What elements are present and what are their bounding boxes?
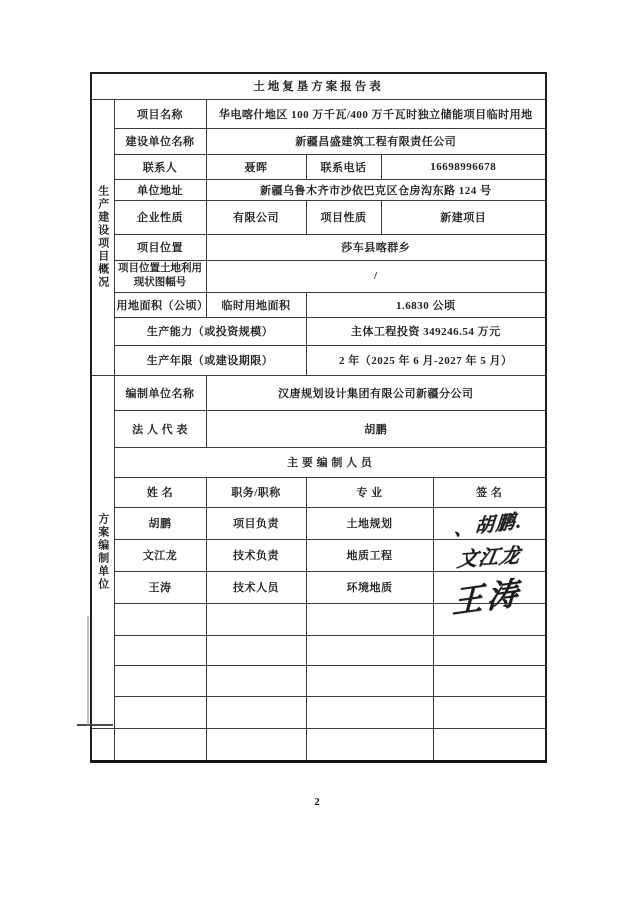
form-title: 土地复垦方案报告表 <box>91 73 546 99</box>
legal-rep-value: 胡鹏 <box>206 410 546 447</box>
staff-major: 地质工程 <box>306 539 433 571</box>
staff-name: 文江龙 <box>114 539 206 571</box>
enterprise-nature-label: 企业性质 <box>114 200 206 234</box>
empty-cell <box>206 728 306 761</box>
signature-cell: 文江龙 <box>433 539 546 571</box>
staff-col-name: 姓 名 <box>114 477 206 507</box>
staff-name: 胡鹏 <box>114 507 206 539</box>
address-value: 新疆乌鲁木齐市沙依巴克区仓房沟东路 124 号 <box>206 179 546 200</box>
compiler-label: 编制单位名称 <box>114 375 206 410</box>
map-sheet-label: 项目位置土地利用 现状图幅号 <box>114 260 206 292</box>
location-label: 项目位置 <box>114 234 206 260</box>
project-name-label: 项目名称 <box>114 99 206 128</box>
empty-cell <box>206 603 306 635</box>
empty-cell <box>433 696 546 728</box>
empty-cell <box>91 728 114 761</box>
map-sheet-value: / <box>206 260 546 292</box>
land-area-sublabel: 临时用地面积 <box>206 292 306 317</box>
land-reclamation-report-table: 土地复垦方案报告表 生产建设项目概况 项目名称 华电喀什地区 100 万千瓦/4… <box>90 72 547 763</box>
project-nature-label: 项目性质 <box>306 200 381 234</box>
empty-cell <box>433 728 546 761</box>
empty-cell <box>114 635 206 665</box>
empty-cell <box>206 635 306 665</box>
empty-cell <box>306 665 433 696</box>
map-sheet-label-line2: 现状图幅号 <box>117 276 204 290</box>
table-row: 文江龙 技术负责 地质工程 文江龙 <box>91 539 546 571</box>
signature-cell: 王涛 <box>433 571 546 603</box>
location-value: 莎车县喀群乡 <box>206 234 546 260</box>
empty-cell <box>206 665 306 696</box>
empty-cell <box>433 635 546 665</box>
table-row <box>91 696 546 728</box>
staff-title: 项目负责 <box>206 507 306 539</box>
contact-value: 聂晖 <box>206 154 306 179</box>
empty-cell <box>114 696 206 728</box>
table-row: 王涛 技术人员 环境地质 王涛 <box>91 571 546 603</box>
section-label-plan-compiler: 方案编制单位 <box>91 375 114 728</box>
contact-label: 联系人 <box>114 154 206 179</box>
empty-cell <box>306 635 433 665</box>
address-label: 单位地址 <box>114 179 206 200</box>
empty-cell <box>114 728 206 761</box>
builder-value: 新疆昌盛建筑工程有限责任公司 <box>206 128 546 154</box>
scanned-document-page: 土地复垦方案报告表 生产建设项目概况 项目名称 华电喀什地区 100 万千瓦/4… <box>0 0 634 898</box>
land-area-label: 用地面积（公顷） <box>114 292 206 317</box>
staff-name: 王涛 <box>114 571 206 603</box>
phone-label: 联系电话 <box>306 154 381 179</box>
land-area-value: 1.6830 公顷 <box>306 292 546 317</box>
capacity-label: 生产能力（或投资规模） <box>114 317 306 345</box>
handwritten-signature: 王涛 <box>451 566 522 621</box>
table-row <box>91 665 546 696</box>
duration-value: 2 年（2025 年 6 月-2027 年 5 月） <box>306 345 546 375</box>
project-nature-value: 新建项目 <box>381 200 546 234</box>
empty-cell <box>306 728 433 761</box>
project-name-value: 华电喀什地区 100 万千瓦/400 万千瓦时独立储能项目临时用地 <box>206 99 546 128</box>
staff-title: 技术负责 <box>206 539 306 571</box>
duration-label: 生产年限（或建设期限） <box>114 345 306 375</box>
staff-major: 土地规划 <box>306 507 433 539</box>
phone-value: 16698996678 <box>381 154 546 179</box>
empty-cell <box>306 696 433 728</box>
signature-cell: 、胡鹏. <box>433 507 546 539</box>
staff-col-major: 专 业 <box>306 477 433 507</box>
empty-cell <box>206 696 306 728</box>
handwritten-signature: 文江龙 <box>455 538 523 572</box>
scan-artifact-line <box>87 616 89 726</box>
enterprise-nature-value: 有限公司 <box>206 200 306 234</box>
staff-major: 环境地质 <box>306 571 433 603</box>
empty-cell <box>114 665 206 696</box>
table-row: 胡鹏 项目负责 土地规划 、胡鹏. <box>91 507 546 539</box>
empty-cell <box>433 665 546 696</box>
section-label-project-overview: 生产建设项目概况 <box>91 99 114 375</box>
handwritten-signature: 、胡鹏. <box>453 505 525 541</box>
capacity-value: 主体工程投资 349246.54 万元 <box>306 317 546 345</box>
table-row <box>91 635 546 665</box>
staff-col-signature: 签 名 <box>433 477 546 507</box>
empty-cell <box>306 603 433 635</box>
table-row <box>91 728 546 761</box>
scan-artifact-line <box>77 724 113 726</box>
page-number: 2 <box>0 796 634 808</box>
legal-rep-label: 法 人 代 表 <box>114 410 206 447</box>
staff-title: 技术人员 <box>206 571 306 603</box>
compiler-value: 汉唐规划设计集团有限公司新疆分公司 <box>206 375 546 410</box>
empty-cell <box>114 603 206 635</box>
map-sheet-label-line1: 项目位置土地利用 <box>117 262 204 276</box>
staff-col-title: 职务/职称 <box>206 477 306 507</box>
staff-section-header: 主 要 编 制 人 员 <box>114 447 546 477</box>
builder-label: 建设单位名称 <box>114 128 206 154</box>
